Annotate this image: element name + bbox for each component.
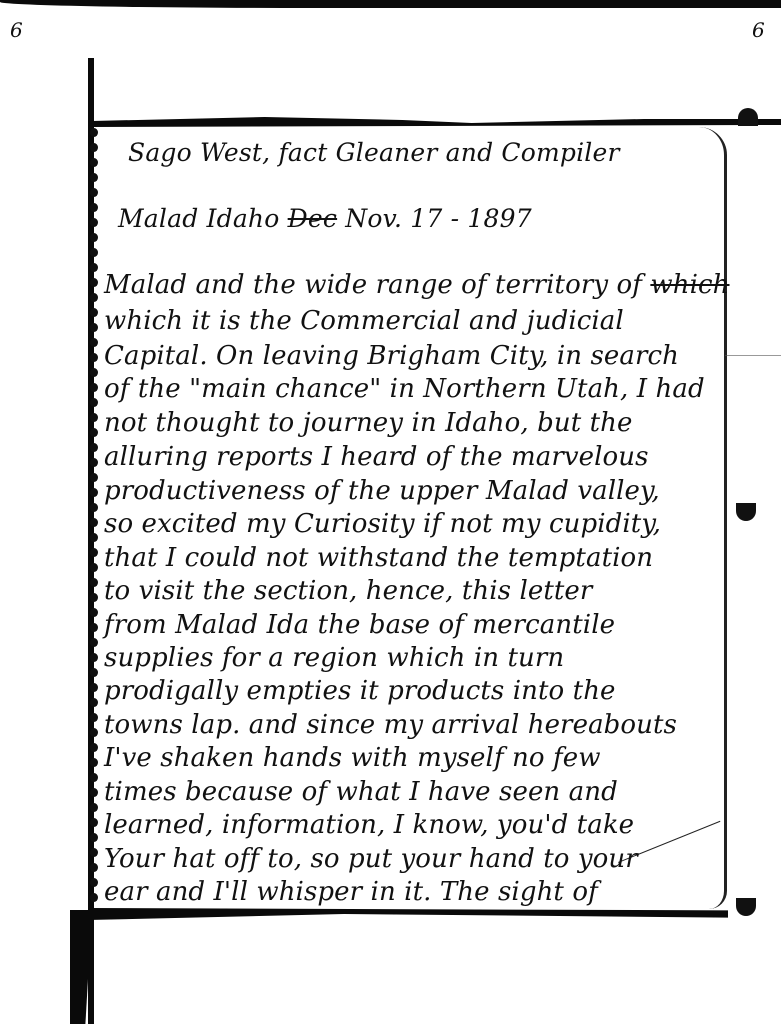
letter-line: supplies for a region which in turn: [104, 645, 564, 671]
letter-line: not thought to journey in Idaho, but the: [104, 410, 633, 436]
spiral-ring: [90, 248, 98, 257]
spiral-ring: [90, 143, 98, 152]
struck-out-word: which: [650, 270, 729, 300]
spiral-ring: [90, 233, 98, 242]
spiral-ring: [90, 758, 98, 767]
letter-line: which it is the Commercial and judicial: [104, 308, 624, 334]
letter-line: prodigally empties it products into the: [104, 678, 616, 704]
spiral-ring: [90, 833, 98, 842]
letter-line: Your hat off to, so put your hand to you…: [104, 846, 638, 872]
spiral-ring: [90, 323, 98, 332]
letter-line: ear and I'll whisper in it. The sight of: [104, 879, 598, 905]
spiral-ring: [90, 158, 98, 167]
spiral-ring: [90, 653, 98, 662]
spiral-ring: [90, 368, 98, 377]
spiral-ring: [90, 488, 98, 497]
spiral-ring: [90, 743, 98, 752]
letter-line: of the "main chance" in Northern Utah, I…: [104, 376, 705, 402]
notebook-frame-top: [92, 117, 781, 127]
scan-top-edge: [0, 0, 781, 8]
letter-line: to visit the section, hence, this letter: [104, 578, 592, 604]
spiral-ring: [90, 683, 98, 692]
letter-line: Malad and the wide range of territory of…: [104, 272, 730, 298]
binder-hole-top: [738, 108, 758, 126]
spiral-ring: [90, 128, 98, 137]
stray-margin-line: [725, 355, 781, 356]
spiral-ring: [90, 713, 98, 722]
author-line: Sago West, fact Gleaner and Compiler: [128, 140, 620, 165]
letter-line: so excited my Curiosity if not my cupidi…: [104, 511, 661, 537]
spiral-ring: [90, 203, 98, 212]
spiral-ring: [90, 728, 98, 737]
letter-line: towns lap. and since my arrival hereabou…: [104, 712, 677, 738]
spiral-ring: [90, 428, 98, 437]
spiral-binding: [90, 128, 100, 908]
page-number-left: 6: [10, 18, 23, 42]
spiral-ring: [90, 848, 98, 857]
spiral-ring: [90, 788, 98, 797]
spiral-ring: [90, 548, 98, 557]
spiral-ring: [90, 863, 98, 872]
spiral-ring: [90, 803, 98, 812]
spiral-ring: [90, 173, 98, 182]
struck-out-word: Dec: [288, 204, 337, 233]
letter-line: Capital. On leaving Brigham City, in sea…: [104, 343, 679, 369]
spiral-ring: [90, 458, 98, 467]
spiral-ring: [90, 473, 98, 482]
letter-line: alluring reports I heard of the marvelou…: [104, 444, 649, 470]
spiral-ring: [90, 773, 98, 782]
spiral-ring: [90, 638, 98, 647]
spiral-ring: [90, 293, 98, 302]
spiral-ring: [90, 278, 98, 287]
spiral-ring: [90, 668, 98, 677]
spiral-ring: [90, 383, 98, 392]
spiral-ring: [90, 413, 98, 422]
notebook-frame-bottom: [88, 908, 728, 920]
spiral-ring: [90, 608, 98, 617]
spiral-ring: [90, 218, 98, 227]
spiral-ring: [90, 533, 98, 542]
letter-line: learned, information, I know, you'd take: [104, 812, 634, 838]
binder-hole-middle: [736, 503, 756, 521]
spiral-ring: [90, 518, 98, 527]
letter-line: productiveness of the upper Malad valley…: [104, 478, 660, 504]
binder-hole-bottom: [736, 898, 756, 916]
spiral-ring: [90, 578, 98, 587]
letter-line: from Malad Ida the base of mercantile: [104, 612, 615, 638]
spiral-ring: [90, 443, 98, 452]
spiral-ring: [90, 893, 98, 902]
spiral-ring: [90, 563, 98, 572]
spiral-ring: [90, 353, 98, 362]
spiral-ring: [90, 263, 98, 272]
dateline: Malad Idaho Dec Nov. 17 - 1897: [118, 206, 532, 231]
spiral-ring: [90, 593, 98, 602]
spiral-ring: [90, 878, 98, 887]
spiral-ring: [90, 338, 98, 347]
page-number-right: 6: [752, 18, 765, 42]
letter-line: I've shaken hands with myself no few: [104, 745, 601, 771]
date: Nov. 17 - 1897: [345, 204, 532, 233]
spiral-ring: [90, 623, 98, 632]
letter-line: times because of what I have seen and: [104, 779, 618, 805]
place: Malad Idaho: [118, 204, 280, 233]
spiral-ring: [90, 308, 98, 317]
spiral-ring: [90, 698, 98, 707]
spiral-ring: [90, 398, 98, 407]
spiral-ring: [90, 503, 98, 512]
letter-line: that I could not withstand the temptatio…: [104, 545, 653, 571]
spiral-ring: [90, 188, 98, 197]
spiral-ring: [90, 818, 98, 827]
